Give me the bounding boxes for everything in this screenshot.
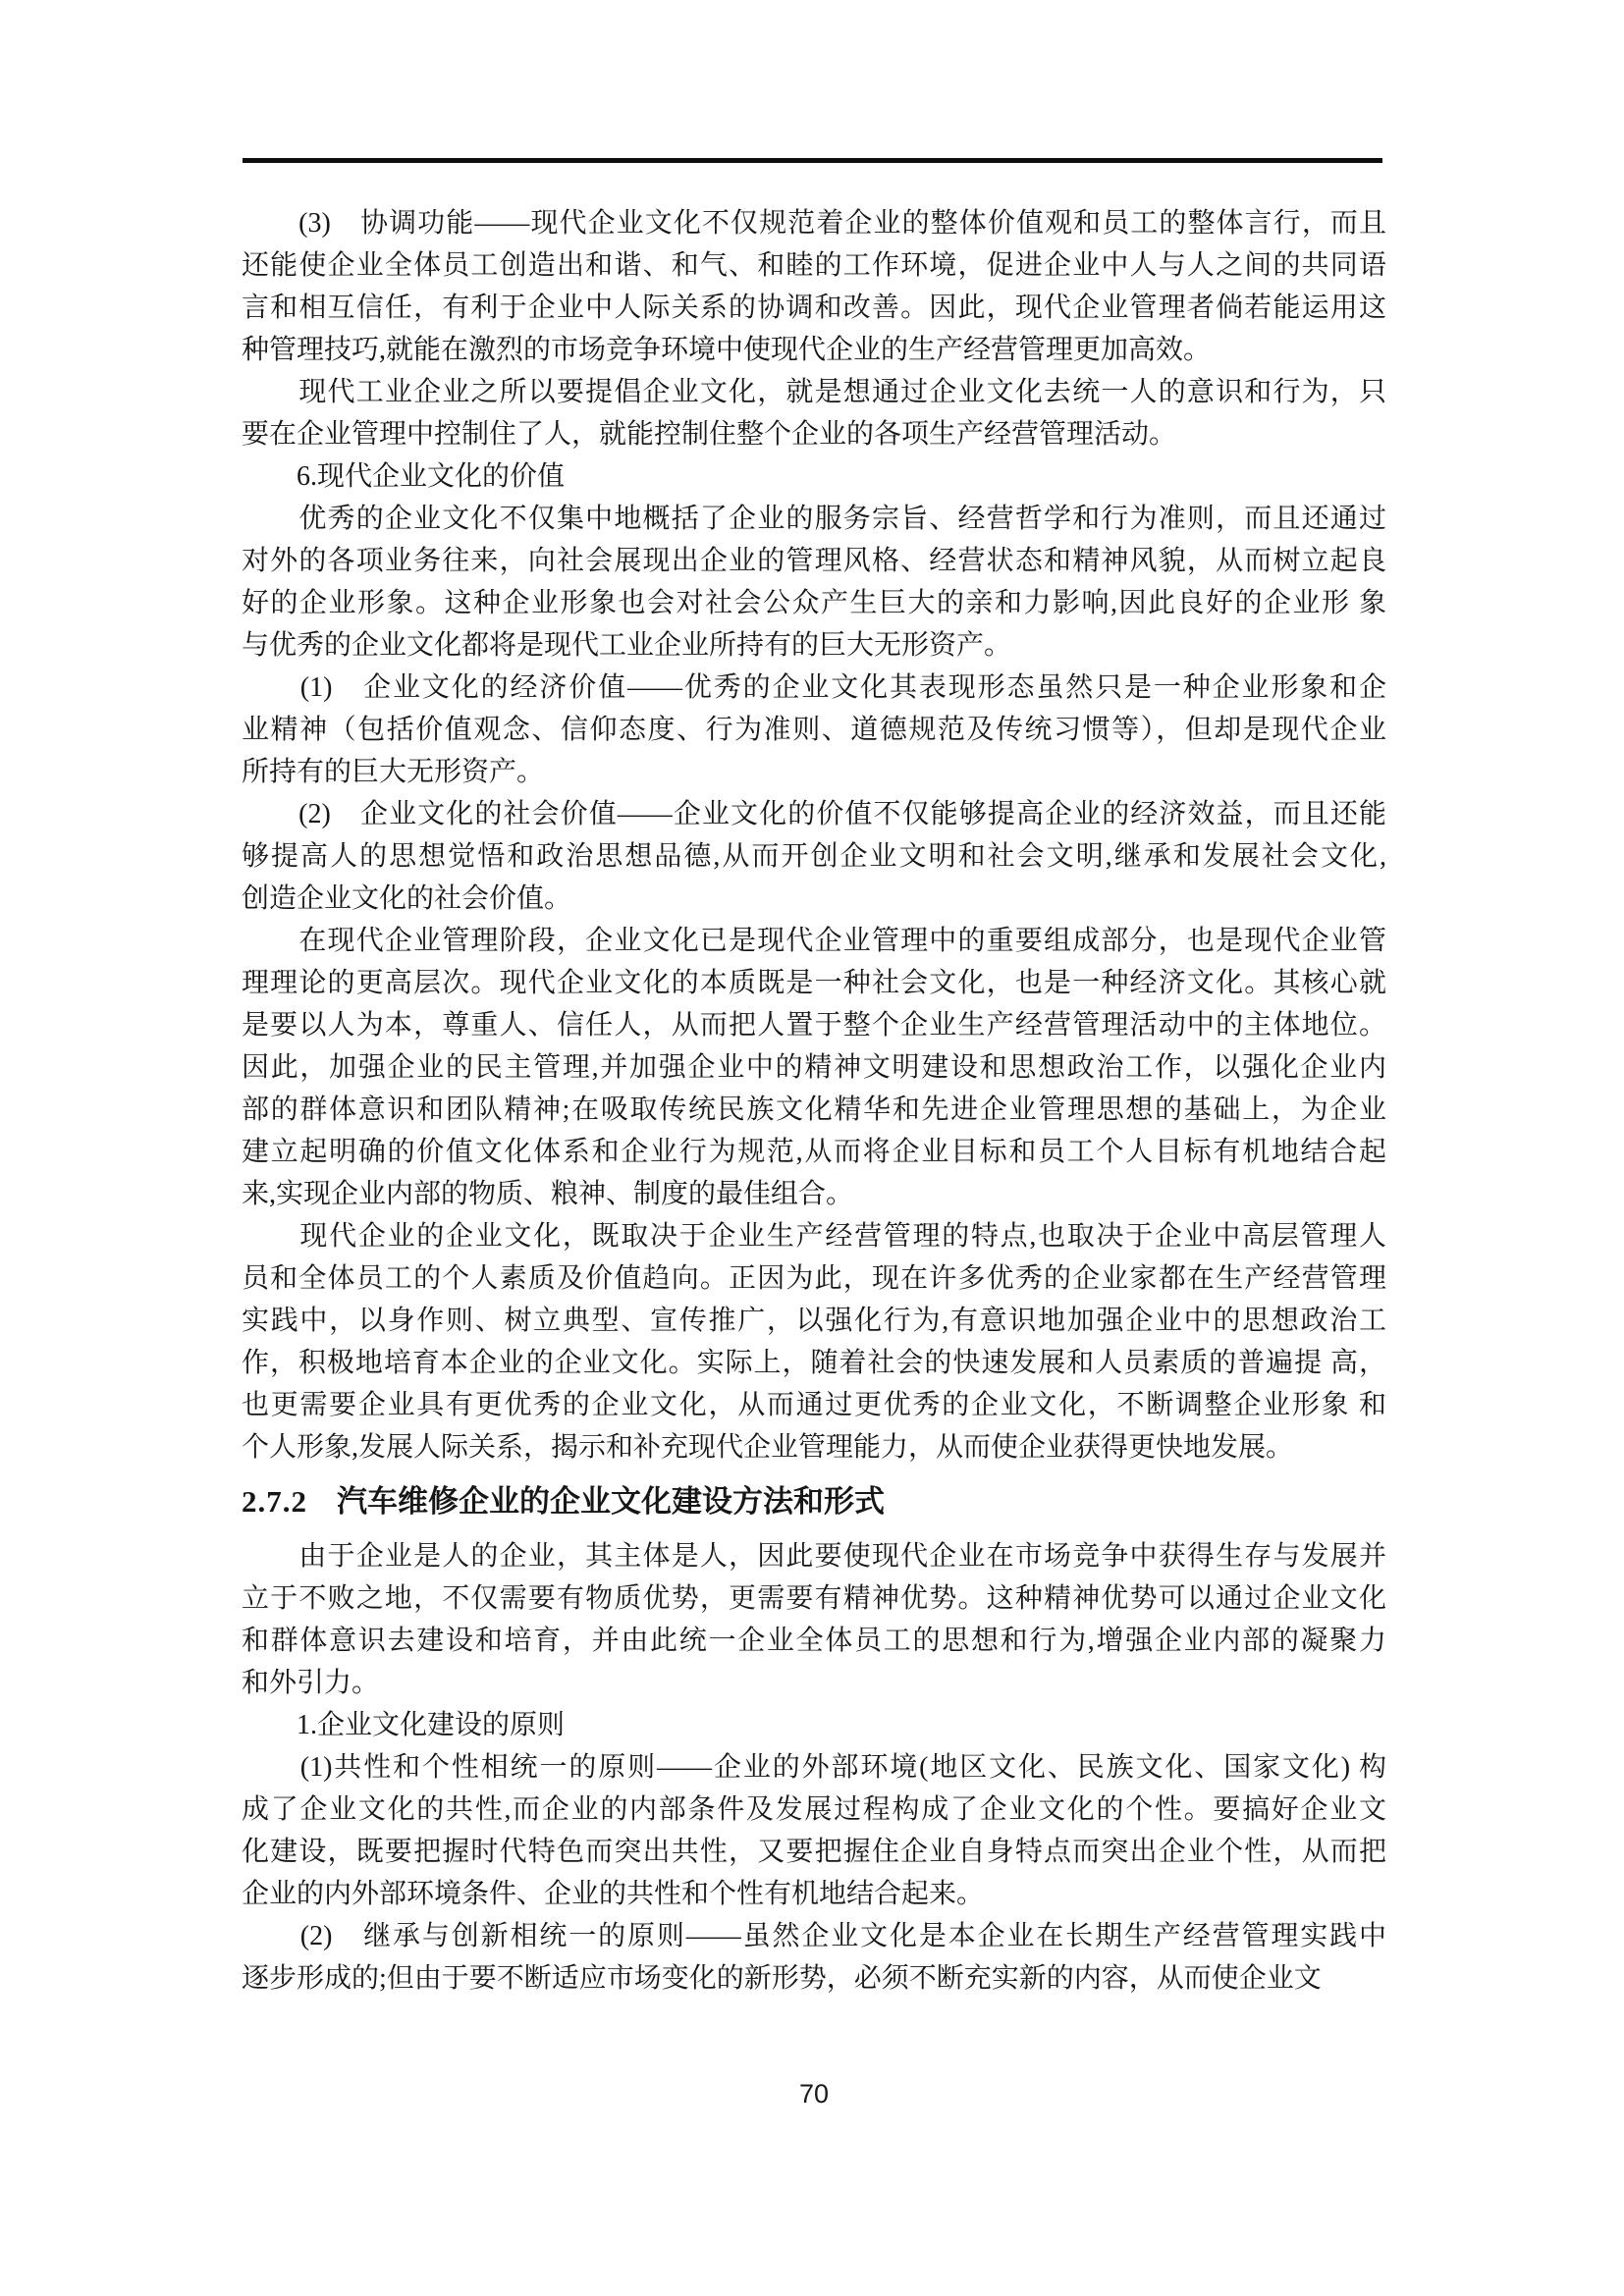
paragraph: (1)共性和个性相统一的原则——企业的外部环境(地区文化、民族文化、国家文化) …: [242, 1746, 1386, 1915]
paragraph: 由于企业是人的企业，其主体是人，因此要使现代企业在市场竞争中获得生存与发展并立于…: [242, 1535, 1386, 1704]
text-line: 化建设，既要把握时代特色而突出共性，又要把握住企业自身特点而突出企业个性，从而把: [242, 1831, 1386, 1873]
paragraph: 在现代企业管理阶段，企业文化已是现代企业管理中的重要组成部分，也是现代企业管理理…: [242, 920, 1386, 1215]
text-line: 创造企业文化的社会价值。: [242, 878, 1386, 920]
page-number: 70: [799, 2079, 829, 2109]
text-line: 因此，加强企业的民主管理,并加强企业中的精神文明建设和思想政治工作，以强化企业内: [242, 1046, 1386, 1089]
text-line: 还能使企业全体员工创造出和谐、和气、和睦的工作环境，促进企业中人与人之间的共同语: [242, 244, 1386, 287]
text-line: 所持有的巨大无形资产。: [242, 751, 1386, 793]
text-line: 现代工业企业之所以要提倡企业文化，就是想通过企业文化去统一人的意识和行为，只: [242, 371, 1386, 413]
text-line: 是要以人为本，尊重人、信任人，从而把人置于整个企业生产经营管理活动中的主体地位。: [242, 1004, 1386, 1046]
text-line: 逐步形成的;但由于要不断适应市场变化的新形势，必须不断充实新的内容，从而使企业文: [242, 1957, 1386, 2000]
text-line: 企业的内外部环境条件、企业的共性和个性有机地结合起来。: [242, 1873, 1386, 1915]
paragraph: (3) 协调功能——现代企业文化不仅规范着企业的整体价值观和员工的整体言行，而且…: [242, 202, 1386, 371]
text-line: 成了企业文化的共性,而企业的内部条件及发展过程构成了企业文化的个性。要搞好企业文: [242, 1789, 1386, 1831]
text-line: 和外引力。: [242, 1662, 1386, 1704]
text-line: 由于企业是人的企业，其主体是人，因此要使现代企业在市场竞争中获得生存与发展并: [242, 1535, 1386, 1577]
text-line: 员和全体员工的个人素质及价值趋向。正因为此，现在许多优秀的企业家都在生产经营管理: [242, 1257, 1386, 1300]
text-line: 部的群体意识和团队精神;在吸取传统民族文化精华和先进企业管理思想的基础上，为企业: [242, 1089, 1386, 1131]
paragraph: 现代企业的企业文化，既取决于企业生产经营管理的特点,也取决于企业中高层管理人员和…: [242, 1215, 1386, 1468]
page-footer: 70: [242, 2073, 1386, 2115]
text-line: 业精神（包括价值观念、信仰态度、行为准则、道德规范及传统习惯等），但却是现代企业: [242, 709, 1386, 751]
section-title: 汽车维修企业的企业文化建设方法和形式: [337, 1484, 885, 1519]
text-line: 6.现代企业文化的价值: [242, 455, 1386, 498]
text-line: 言和相互信任，有利于企业中人际关系的协调和改善。因此，现代企业管理者倘若能运用这: [242, 287, 1386, 329]
section-number: 2.7.2: [242, 1484, 307, 1519]
text-line: 现代企业的企业文化，既取决于企业生产经营管理的特点,也取决于企业中高层管理人: [242, 1215, 1386, 1257]
text-line: (1)共性和个性相统一的原则——企业的外部环境(地区文化、民族文化、国家文化) …: [242, 1746, 1386, 1789]
text-line: 作，积极地培育本企业的企业文化。实际上，随着社会的快速发展和人员素质的普遍提 高…: [242, 1342, 1386, 1384]
text-line: 对外的各项业务往来，向社会展现出企业的管理风格、经营状态和精神风貌，从而树立起良: [242, 540, 1386, 582]
text-line: (1) 企业文化的经济价值——优秀的企业文化其表现形态虽然只是一种企业形象和企: [242, 667, 1386, 709]
text-line: 实践中，以身作则、树立典型、宣传推广，以强化行为,有意识地加强企业中的思想政治工: [242, 1300, 1386, 1342]
paragraph: (2) 企业文化的社会价值——企业文化的价值不仅能够提高企业的经济效益，而且还能…: [242, 793, 1386, 920]
text-line: 与优秀的企业文化都将是现代工业企业所持有的巨大无形资产。: [242, 624, 1386, 667]
text-line: (3) 协调功能——现代企业文化不仅规范着企业的整体价值观和员工的整体言行，而且: [242, 202, 1386, 244]
section-heading: 2.7.2汽车维修企业的企业文化建设方法和形式: [242, 1480, 1386, 1522]
text-line: 够提高人的思想觉悟和政治思想品德,从而开创企业文明和社会文明,继承和发展社会文化…: [242, 835, 1386, 878]
text-line: 来,实现企业内部的物质、粮神、制度的最佳组合。: [242, 1173, 1386, 1215]
paragraph: 优秀的企业文化不仅集中地概括了企业的服务宗旨、经营哲学和行为准则，而且还通过对外…: [242, 498, 1386, 667]
text-line: 种管理技巧,就能在激烈的市场竞争环境中使现代企业的生产经营管理更加高效。: [242, 329, 1386, 371]
text-line: 1.企业文化建设的原则: [242, 1704, 1386, 1746]
subheading: 1.企业文化建设的原则: [242, 1704, 1386, 1746]
text-line: 好的企业形象。这种企业形象也会对社会公众产生巨大的亲和力影响,因此良好的企业形 …: [242, 582, 1386, 624]
text-line: 要在企业管理中控制住了人，就能控制住整个企业的各项生产经营管理活动。: [242, 413, 1386, 455]
header-rule: [243, 158, 1382, 163]
paragraph: (1) 企业文化的经济价值——优秀的企业文化其表现形态虽然只是一种企业形象和企业…: [242, 667, 1386, 793]
text-line: 立于不败之地，不仅需要有物质优势，更需要有精神优势。这种精神优势可以通过企业文化: [242, 1577, 1386, 1620]
text-line: 也更需要企业具有更优秀的企业文化，从而通过更优秀的企业文化，不断调整企业形象 和: [242, 1384, 1386, 1426]
text-line: (2) 企业文化的社会价值——企业文化的价值不仅能够提高企业的经济效益，而且还能: [242, 793, 1386, 835]
text-line: (2) 继承与创新相统一的原则——虽然企业文化是本企业在长期生产经营管理实践中: [242, 1915, 1386, 1957]
text-line: 理理论的更高层次。现代企业文化的本质既是一种社会文化，也是一种经济文化。其核心就: [242, 962, 1386, 1004]
paragraph: (2) 继承与创新相统一的原则——虽然企业文化是本企业在长期生产经营管理实践中逐…: [242, 1915, 1386, 2000]
text-line: 和群体意识去建设和培育，并由此统一企业全体员工的思想和行为,增强企业内部的凝聚力: [242, 1620, 1386, 1662]
document-page: (3) 协调功能——现代企业文化不仅规范着企业的整体价值观和员工的整体言行，而且…: [0, 0, 1624, 2296]
text-line: 个人形象,发展人际关系，揭示和补充现代企业管理能力，从而使企业获得更快地发展。: [242, 1426, 1386, 1468]
paragraph: 现代工业企业之所以要提倡企业文化，就是想通过企业文化去统一人的意识和行为，只要在…: [242, 371, 1386, 455]
text-line: 优秀的企业文化不仅集中地概括了企业的服务宗旨、经营哲学和行为准则，而且还通过: [242, 498, 1386, 540]
text-line: 在现代企业管理阶段，企业文化已是现代企业管理中的重要组成部分，也是现代企业管: [242, 920, 1386, 962]
text-line: 建立起明确的价值文化体系和企业行为规范,从而将企业目标和员工个人目标有机地结合起: [242, 1131, 1386, 1173]
body-text: (3) 协调功能——现代企业文化不仅规范着企业的整体价值观和员工的整体言行，而且…: [242, 202, 1386, 2000]
subheading: 6.现代企业文化的价值: [242, 455, 1386, 498]
